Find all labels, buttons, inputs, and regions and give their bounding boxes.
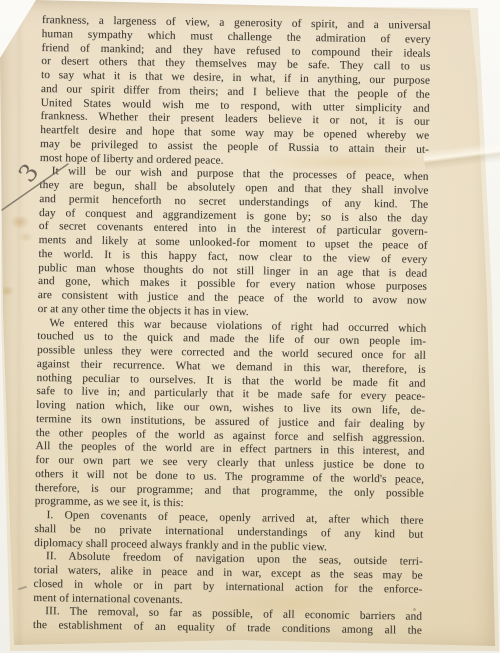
text-block: frankness, a largeness of view, a genero… (33, 14, 431, 638)
photo-background: frankness, a largeness of view, a genero… (0, 0, 500, 653)
foxing-dot (413, 608, 416, 611)
